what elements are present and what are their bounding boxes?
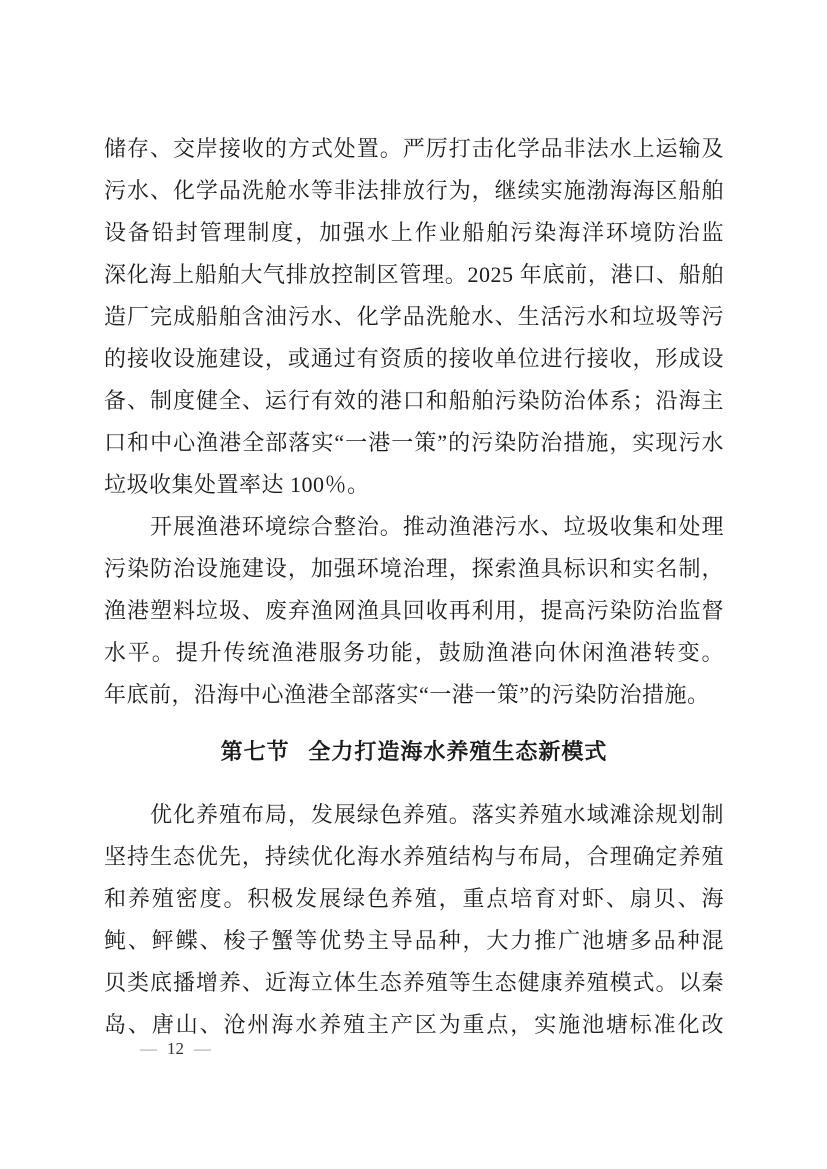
text-line: 储存、交岸接收的方式处置。严厉打击化学品非法水上运输及油 [104, 128, 724, 170]
paragraph-1: 储存、交岸接收的方式处置。严厉打击化学品非法水上运输及油 污水、化学品洗舱水等非… [104, 128, 724, 506]
text-line: 备、制度健全、运行有效的港口和船舶污染防治体系；沿海主要港 [104, 380, 724, 422]
footer-left-dash: — [140, 1039, 157, 1058]
text-line: 口和中心渔港全部落实“一港一策”的污染防治措施，实现污水和 [104, 422, 724, 464]
text-line: 年底前，沿海中心渔港全部落实“一港一策”的污染防治措施。 [104, 674, 724, 716]
section-heading: 第七节全力打造海水养殖生态新模式 [104, 731, 724, 773]
text-line: 渔港塑料垃圾、废弃渔网渔具回收再利用，提高污染防治监督管理 [104, 590, 724, 632]
text-line: 开展渔港环境综合整治。推动渔港污水、垃圾收集和处理等 [104, 506, 724, 548]
text-line: 和养殖密度。积极发展绿色养殖，重点培育对虾、扇贝、海参、河 [104, 878, 724, 920]
text-line: 优化养殖布局，发展绿色养殖。落实养殖水域滩涂规划制度， [104, 794, 724, 836]
paragraph-2: 开展渔港环境综合整治。推动渔港污水、垃圾收集和处理等 污染防治设施建设，加强环境… [104, 506, 724, 716]
text-line: 污水、化学品洗舱水等非法排放行为，继续实施渤海海区船舶排污 [104, 170, 724, 212]
text-line: 造厂完成船舶含油污水、化学品洗舱水、生活污水和垃圾等污染物 [104, 296, 724, 338]
document-page: 储存、交岸接收的方式处置。严厉打击化学品非法水上运输及油 污水、化学品洗舱水等非… [0, 0, 827, 1169]
page-footer: —12— [130, 1036, 221, 1062]
footer-right-dash: — [194, 1039, 211, 1058]
section-title: 全力打造海水养殖生态新模式 [308, 739, 607, 764]
text-line: 设备铅封管理制度，加强水上作业船舶污染海洋环境防治监管。 [104, 212, 724, 254]
text-line: 垃圾收集处置率达 100％。 [104, 464, 724, 506]
text-line: 的接收设施建设，或通过有资质的接收单位进行接收，形成设施齐 [104, 338, 724, 380]
text-line: 坚持生态优先，持续优化海水养殖结构与布局，合理确定养殖规模 [104, 836, 724, 878]
text-line: 鲀、鲆鲽、梭子蟹等优势主导品种，大力推广池塘多品种混养、滩涂 [104, 920, 724, 962]
text-line: 污染防治设施建设，加强环境治理，探索渔具标识和实名制，推动 [104, 548, 724, 590]
section-number-label: 第七节 [221, 739, 290, 764]
page-body: 储存、交岸接收的方式处置。严厉打击化学品非法水上运输及油 污水、化学品洗舱水等非… [104, 128, 724, 1046]
text-line: 深化海上船舶大气排放控制区管理。2025 年底前，港口、船舶修 [104, 254, 724, 296]
text-line: 水平。提升传统渔港服务功能，鼓励渔港向休闲渔港转变。2025 [104, 632, 724, 674]
page-number: 12 [167, 1039, 184, 1058]
text-line: 贝类底播增养、近海立体生态养殖等生态健康养殖模式。以秦皇 [104, 962, 724, 1004]
paragraph-3: 优化养殖布局，发展绿色养殖。落实养殖水域滩涂规划制度， 坚持生态优先，持续优化海… [104, 794, 724, 1046]
